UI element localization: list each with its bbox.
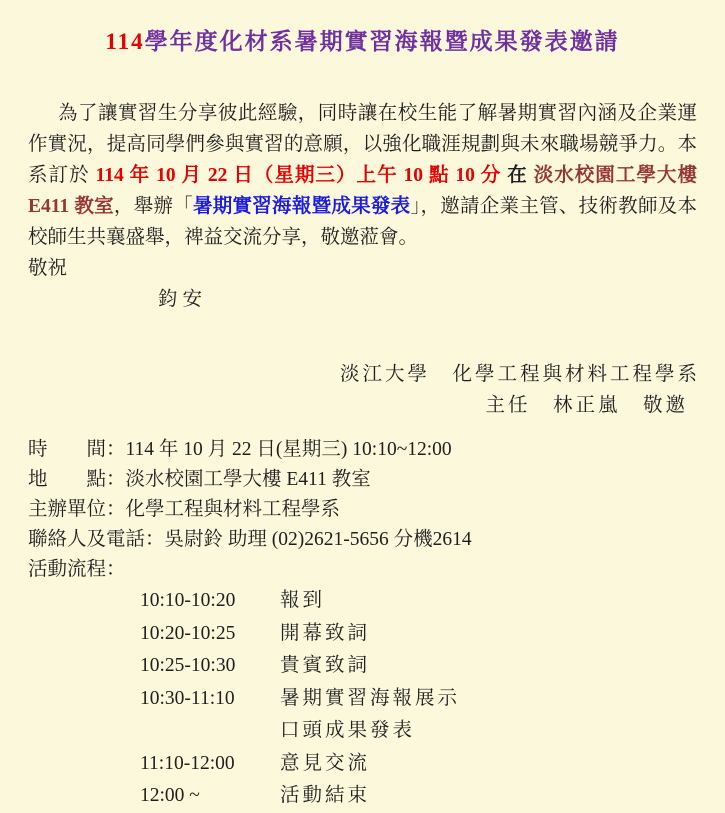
schedule-time: 10:10-10:20 bbox=[140, 585, 280, 618]
detail-organizer-label: 主辦單位： bbox=[28, 499, 126, 520]
title-text: 學年度化材系暑期實習海報暨成果發表邀請 bbox=[145, 29, 620, 54]
schedule-row: 10:10-10:20報到 bbox=[28, 585, 697, 618]
signature-department: 淡江大學 化學工程與材料工程學系 bbox=[0, 359, 700, 390]
schedule-row: 10:25-10:30貴賓致詞 bbox=[28, 650, 697, 683]
schedule-time: 10:30-11:10 bbox=[140, 683, 280, 716]
detail-agenda-heading: 活動流程： bbox=[28, 555, 697, 585]
schedule-row: 11:10-12:00意見交流 bbox=[28, 748, 697, 781]
agenda-heading-label: 活動流程： bbox=[28, 559, 126, 580]
schedule-activity: 口頭成果發表 bbox=[280, 715, 415, 748]
event-name: 暑期實習海報暨成果發表 bbox=[193, 196, 410, 217]
schedule-activity: 意見交流 bbox=[280, 748, 370, 781]
schedule-activity: 貴賓致詞 bbox=[280, 650, 370, 683]
detail-time: 時 間：114 年 10 月 22 日(星期三) 10:10~12:00 bbox=[28, 435, 697, 465]
event-datetime: 114 年 10 月 22 日（星期三）上午 10 點 10 分 bbox=[96, 165, 502, 186]
detail-time-value: 114 年 10 月 22 日(星期三) 10:10~12:00 bbox=[126, 439, 452, 460]
schedule-time: 10:25-10:30 bbox=[140, 650, 280, 683]
schedule-row: 口頭成果發表 bbox=[28, 715, 697, 748]
schedule-activity: 開幕致詞 bbox=[280, 618, 370, 651]
detail-location-label: 地 點： bbox=[28, 469, 126, 490]
detail-contact: 聯絡人及電話：吳尉鈴 助理 (02)2621-5656 分機2614 bbox=[28, 525, 697, 555]
detail-organizer-value: 化學工程與材料工程學系 bbox=[126, 499, 341, 520]
schedule-activity: 報到 bbox=[280, 585, 325, 618]
closing-salute: 敬祝 bbox=[28, 253, 697, 284]
schedule-time: 11:10-12:00 bbox=[140, 748, 280, 781]
title-year-number: 114 bbox=[105, 29, 144, 54]
detail-organizer: 主辦單位：化學工程與材料工程學系 bbox=[28, 495, 697, 525]
invitation-document: 114學年度化材系暑期實習海報暨成果發表邀請 為了讓實習生分享彼此經驗，同時讓在… bbox=[0, 0, 725, 813]
schedule-activity: 活動結束 bbox=[280, 780, 370, 813]
detail-contact-label: 聯絡人及電話： bbox=[28, 529, 165, 550]
schedule-time: 10:20-10:25 bbox=[140, 618, 280, 651]
mid-text: ，舉辦「 bbox=[114, 196, 193, 217]
closing-block: 敬祝 鈞安 bbox=[28, 253, 697, 315]
signature-chair: 主任 林正嵐 敬邀 bbox=[0, 390, 688, 421]
schedule-time: 12:00 ~ bbox=[140, 780, 280, 813]
page-title: 114學年度化材系暑期實習海報暨成果發表邀請 bbox=[0, 0, 725, 58]
schedule-time bbox=[140, 715, 280, 748]
schedule-activity: 暑期實習海報展示 bbox=[280, 683, 460, 716]
detail-location: 地 點：淡水校園工學大樓 E411 教室 bbox=[28, 465, 697, 495]
closing-salute-target: 鈞安 bbox=[158, 284, 697, 315]
schedule-row: 10:30-11:10暑期實習海報展示 bbox=[28, 683, 697, 716]
agenda-schedule: 10:10-10:20報到 10:20-10:25開幕致詞 10:25-10:3… bbox=[28, 585, 697, 813]
connector-text: 在 bbox=[501, 165, 533, 186]
detail-contact-value: 吳尉鈴 助理 (02)2621-5656 分機2614 bbox=[165, 529, 472, 550]
signature-block: 淡江大學 化學工程與材料工程學系 主任 林正嵐 敬邀 bbox=[0, 359, 700, 421]
invitation-paragraph: 為了讓實習生分享彼此經驗，同時讓在校生能了解暑期實習內涵及企業運作實況，提高同學… bbox=[28, 98, 697, 253]
detail-location-value: 淡水校園工學大樓 E411 教室 bbox=[126, 469, 371, 490]
schedule-row: 12:00 ~活動結束 bbox=[28, 780, 697, 813]
schedule-row: 10:20-10:25開幕致詞 bbox=[28, 618, 697, 651]
event-details: 時 間：114 年 10 月 22 日(星期三) 10:10~12:00 地 點… bbox=[28, 435, 697, 585]
detail-time-label: 時 間： bbox=[28, 439, 126, 460]
